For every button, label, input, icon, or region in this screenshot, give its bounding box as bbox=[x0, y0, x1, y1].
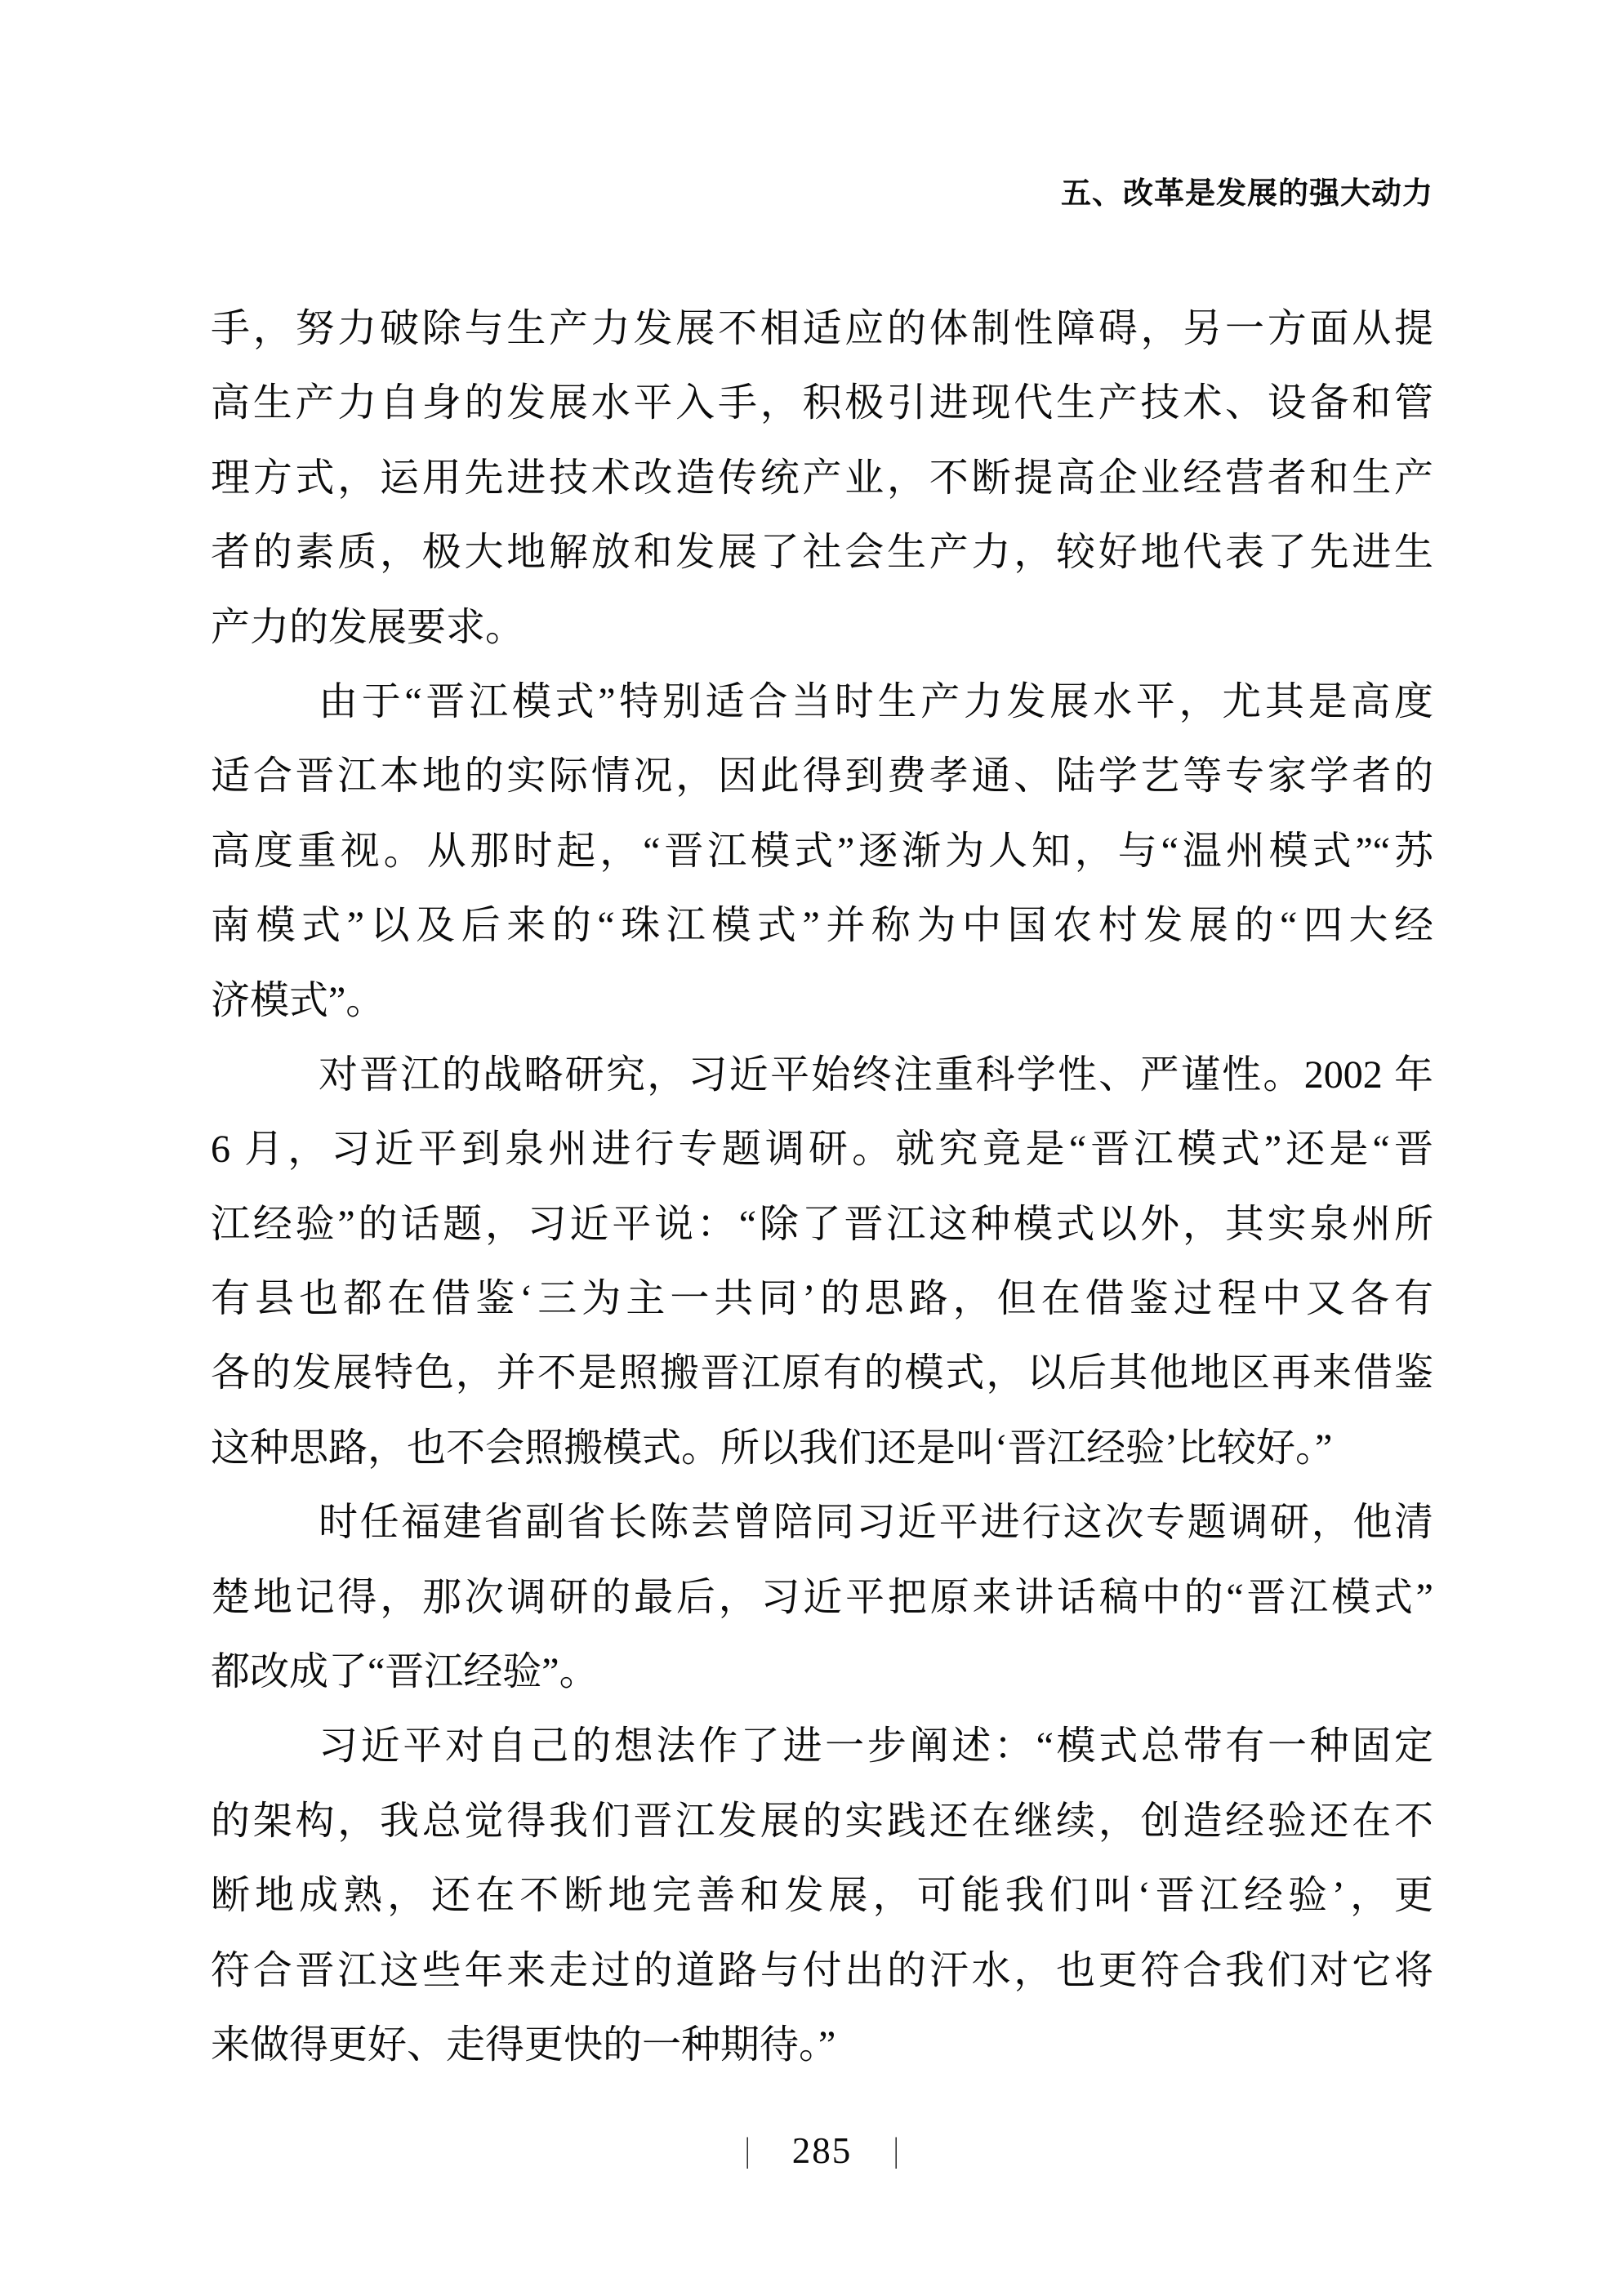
body-line: 者的素质，极大地解放和发展了社会生产力，较好地代表了先进生 bbox=[211, 515, 1433, 590]
footer-right-bar: | bbox=[894, 2131, 899, 2170]
body-line: 楚地记得，那次调研的最后，习近平把原来讲话稿中的“晋江模式” bbox=[211, 1560, 1433, 1635]
body-line: 来做得更好、走得更快的一种期待。” bbox=[211, 2008, 1433, 2082]
body-text: 手，努力破除与生产力发展不相适应的体制性障碍，另一方面从提高生产力自身的发展水平… bbox=[211, 291, 1433, 2082]
body-line: 产力的发展要求。 bbox=[211, 590, 1433, 665]
body-line: 都改成了“晋江经验”。 bbox=[211, 1635, 1433, 1709]
body-line: 适合晋江本地的实际情况，因此得到费孝通、陆学艺等专家学者的 bbox=[211, 739, 1433, 813]
body-line: 有县也都在借鉴‘三为主一共同’的思路，但在借鉴过程中又各有 bbox=[211, 1261, 1433, 1336]
body-line: 高生产力自身的发展水平入手，积极引进现代生产技术、设备和管 bbox=[211, 366, 1433, 440]
body-line: 由于“晋江模式”特别适合当时生产力发展水平，尤其是高度 bbox=[211, 665, 1433, 739]
body-line: 断地成熟，还在不断地完善和发展，可能我们叫‘晋江经验’，更 bbox=[211, 1858, 1433, 1933]
book-page: 五、改革是发展的强大动力 手，努力破除与生产力发展不相适应的体制性障碍，另一方面… bbox=[0, 0, 1622, 2296]
body-line: 济模式”。 bbox=[211, 963, 1433, 1038]
body-line: 6 月，习近平到泉州进行专题调研。就究竟是“晋江模式”还是“晋 bbox=[211, 1112, 1433, 1186]
body-line: 南模式”以及后来的“珠江模式”并称为中国农村发展的“四大经 bbox=[211, 888, 1433, 963]
page-footer: | 285 | bbox=[211, 2129, 1433, 2172]
body-line: 符合晋江这些年来走过的道路与付出的汗水，也更符合我们对它将 bbox=[211, 1933, 1433, 2008]
body-line: 江经验”的话题，习近平说：“除了晋江这种模式以外，其实泉州所 bbox=[211, 1187, 1433, 1261]
page-number: 285 bbox=[792, 2129, 853, 2172]
body-line: 各的发展特色，并不是照搬晋江原有的模式，以后其他地区再来借鉴 bbox=[211, 1336, 1433, 1410]
body-line: 高度重视。从那时起，“晋江模式”逐渐为人知，与“温州模式”“苏 bbox=[211, 814, 1433, 888]
body-line: 这种思路，也不会照搬模式。所以我们还是叫‘晋江经验’比较好。” bbox=[211, 1411, 1433, 1485]
body-line: 对晋江的战略研究，习近平始终注重科学性、严谨性。2002 年 bbox=[211, 1038, 1433, 1112]
footer-left-bar: | bbox=[746, 2131, 751, 2170]
running-head: 五、改革是发展的强大动力 bbox=[211, 168, 1433, 212]
body-line: 理方式，运用先进技术改造传统产业，不断提高企业经营者和生产 bbox=[211, 441, 1433, 515]
body-line: 习近平对自己的想法作了进一步阐述：“模式总带有一种固定 bbox=[211, 1709, 1433, 1783]
body-line: 时任福建省副省长陈芸曾陪同习近平进行这次专题调研，他清 bbox=[211, 1485, 1433, 1560]
body-line: 手，努力破除与生产力发展不相适应的体制性障碍，另一方面从提 bbox=[211, 291, 1433, 366]
body-line: 的架构，我总觉得我们晋江发展的实践还在继续，创造经验还在不 bbox=[211, 1784, 1433, 1858]
